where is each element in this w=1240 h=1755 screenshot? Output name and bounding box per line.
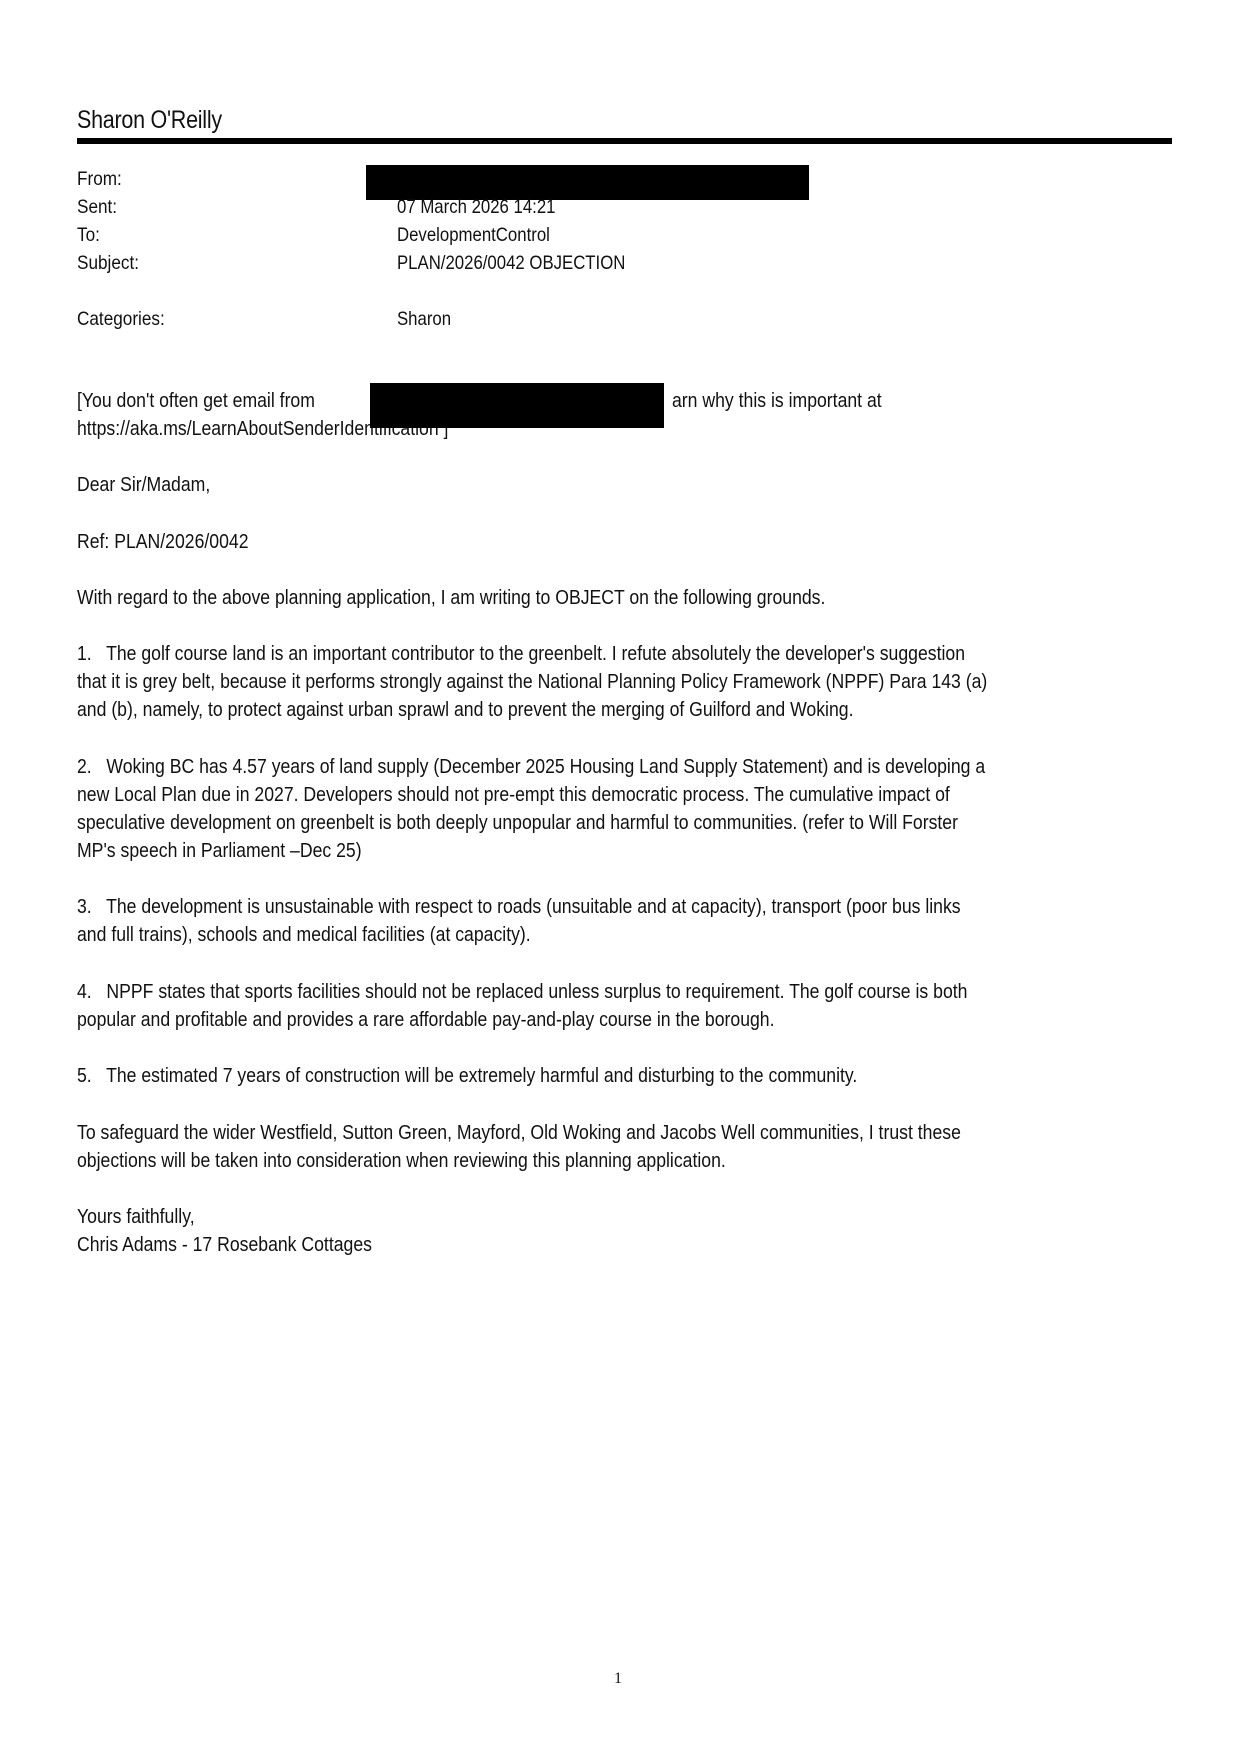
point-2-line-3: speculative development on greenbelt is …: [77, 809, 1143, 837]
signature: Chris Adams - 17 Rosebank Cottages: [77, 1231, 1143, 1259]
point-1-line-1: 1. The golf course land is an important …: [77, 640, 1143, 668]
point-1-line-3: and (b), namely, to protect against urba…: [77, 696, 1143, 724]
closing-line-1: To safeguard the wider Westfield, Sutton…: [77, 1119, 1143, 1147]
point-4-line-1: 4. NPPF states that sports facilities sh…: [77, 978, 1143, 1006]
point-1-line-2: that it is grey belt, because it perform…: [77, 668, 1143, 696]
header-categories-value: Sharon: [397, 308, 451, 331]
redaction-sender: [366, 165, 809, 200]
redaction-notice: [370, 383, 664, 428]
header-sent-label: Sent:: [77, 196, 117, 219]
point-2-line-4: MP's speech in Parliament –Dec 25): [77, 837, 1143, 865]
signoff: Yours faithfully,: [77, 1203, 1143, 1231]
point-3-line-2: and full trains), schools and medical fa…: [77, 921, 1143, 949]
header-to-label: To:: [77, 224, 100, 247]
point-3-line-1: 3. The development is unsustainable with…: [77, 893, 1143, 921]
mailbox-owner-title: Sharon O'Reilly: [77, 106, 222, 135]
point-2-line-2: new Local Plan due in 2027. Developers s…: [77, 781, 1143, 809]
point-2-line-1: 2. Woking BC has 4.57 years of land supp…: [77, 753, 1143, 781]
header-categories-label: Categories:: [77, 308, 165, 331]
point-5-line-1: 5. The estimated 7 years of construction…: [77, 1062, 1143, 1090]
header-sent-value: 07 March 2026 14:21: [397, 196, 556, 219]
external-sender-notice-end: arn why this is important at: [672, 387, 1240, 415]
point-4-line-2: popular and profitable and provides a ra…: [77, 1006, 1143, 1034]
header-subject-label: Subject:: [77, 252, 139, 275]
header-subject-value: PLAN/2026/0042 OBJECTION: [397, 252, 625, 275]
reference: Ref: PLAN/2026/0042: [77, 528, 1143, 556]
salutation: Dear Sir/Madam,: [77, 471, 1143, 499]
intro-paragraph: With regard to the above planning applic…: [77, 584, 1143, 612]
page-number: 1: [614, 1670, 622, 1688]
header-from-label: From:: [77, 168, 376, 191]
title-rule: [77, 138, 1172, 144]
email-print-page: Sharon O'Reilly From: Sent: 07 March 202…: [0, 0, 1240, 1755]
closing-line-2: objections will be taken into considerat…: [77, 1147, 1143, 1175]
header-to-value: DevelopmentControl: [397, 224, 550, 247]
